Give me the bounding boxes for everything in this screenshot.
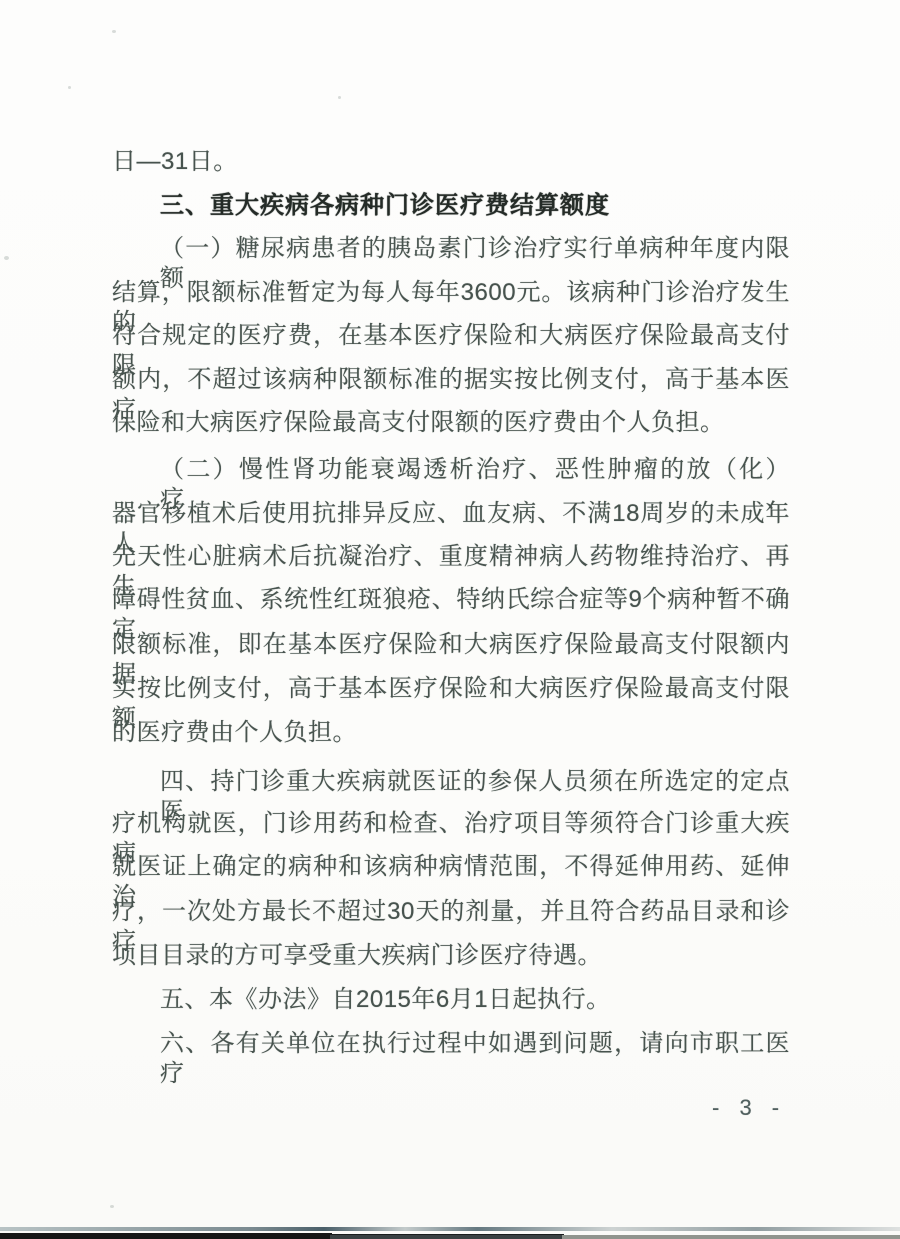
text-line-20: 五、本《办法》自2015年6月1日起执行。 bbox=[112, 985, 790, 1015]
scan-noise-speck bbox=[110, 1205, 114, 1208]
scanned-document-page: 日—31日。 三、重大疾病各病种门诊医疗费结算额度 （一）糖尿病患者的胰岛素门诊… bbox=[0, 0, 900, 1239]
text-line-1: 日—31日。 bbox=[112, 147, 790, 177]
scan-noise-speck bbox=[112, 30, 116, 33]
page-number: - 3 - bbox=[712, 1095, 786, 1121]
scan-edge-bar-right bbox=[562, 1235, 900, 1239]
scan-edge-bar-left bbox=[0, 1233, 332, 1239]
scan-noise-speck bbox=[4, 256, 9, 260]
section-heading: 三、重大疾病各病种门诊医疗费结算额度 bbox=[112, 191, 790, 221]
scan-edge-line bbox=[0, 1227, 900, 1231]
scan-noise-speck bbox=[338, 96, 341, 99]
text-line-14: 的医疗费由个人负担。 bbox=[112, 718, 790, 748]
scan-noise-speck bbox=[68, 86, 71, 89]
scan-edge-bar-middle bbox=[330, 1234, 564, 1239]
text-line-7: 保险和大病医疗保险最高支付限额的医疗费由个人负担。 bbox=[112, 408, 790, 438]
text-line-21: 六、各有关单位在执行过程中如遇到问题，请向市职工医疗 bbox=[112, 1029, 790, 1089]
text-line-19: 项目目录的方可享受重大疾病门诊医疗待遇。 bbox=[112, 941, 790, 971]
